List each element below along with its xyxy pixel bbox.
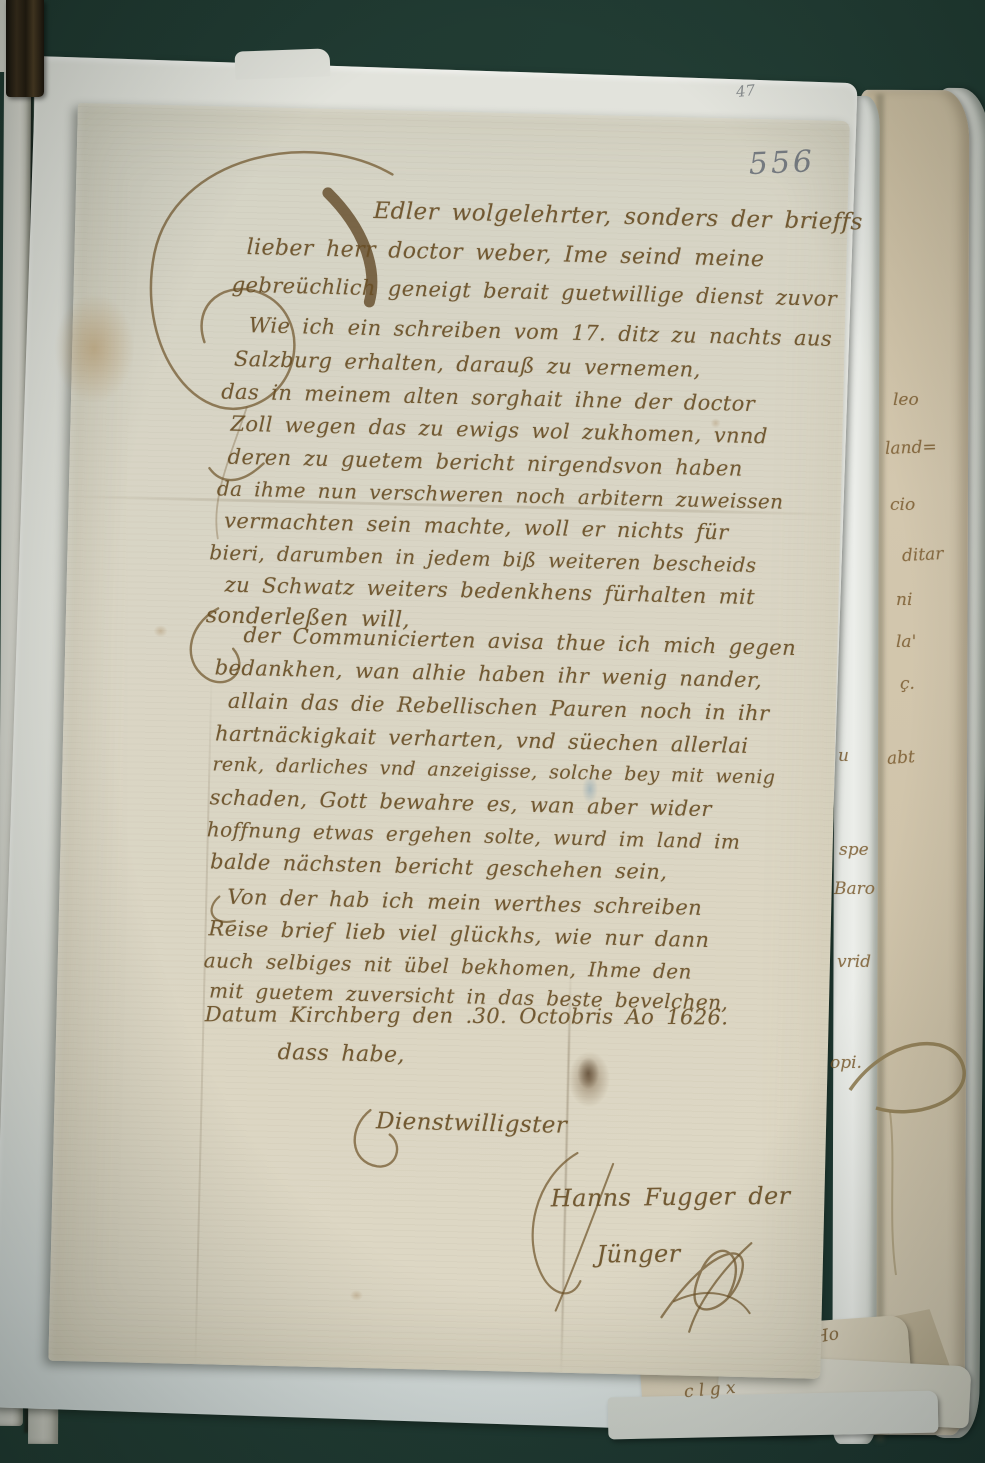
handwriting-line: allain das die Rebellischen Pauren noch …: [228, 689, 770, 726]
handwriting-line: hartnäckigkait verharten, vnd süechen al…: [215, 721, 749, 758]
handwriting-line: hoffnung etwas ergehen solte, wurd im la…: [207, 817, 741, 854]
letter-page: 556 Edler wolgelehrter, sonders der brie…: [48, 103, 849, 1379]
handwriting-line: das in meinem alten sorghait ihne der do…: [221, 379, 755, 416]
handwriting-line: bieri, darumben in jedem biß weiteren be…: [209, 540, 757, 577]
handwriting-line: Wie ich ein schreiben vom 17. ditz zu na…: [249, 313, 833, 351]
binding-spine: [6, 0, 44, 97]
handwriting-line: der Communicierten avisa thue ich mich g…: [243, 623, 796, 660]
signature-line: Jünger: [596, 1240, 680, 1269]
handwriting-line: renk, darliches vnd anzeigisse, solche b…: [212, 753, 775, 788]
handwriting-line: vermachten sein machte, woll er nichts f…: [224, 509, 729, 545]
handwriting-line: auch selbiges nit übel bekhomen, Ihme de…: [204, 948, 693, 983]
handwriting-line: lieber herr doctor weber, Ime seind mein…: [246, 235, 764, 272]
handwriting-line: Reise brief lieb viel glückhs, wie nur d…: [208, 916, 709, 952]
handwriting-line: zu Schwatz weiters bedenkhens fürhalten …: [224, 573, 755, 609]
handwriting-line: schaden, Gott bewahre es, wan aber wider: [209, 785, 712, 821]
handwriting-line: da ihme nun verschweren noch arbitern zu…: [217, 476, 784, 513]
handwriting-line: deren zu guetem bericht nirgendsvon habe…: [227, 445, 743, 481]
postscript-line: dass habe,: [277, 1040, 405, 1068]
crumpled-page-edge: [608, 1391, 939, 1440]
handwriting-text-layer: Edler wolgelehrter, sonders der brieffsl…: [48, 103, 849, 1379]
salutation-line: Edler wolgelehrter, sonders der brieffs: [373, 198, 863, 236]
archive-photo: leoland=cioditarnila'ç.abtuspeBarovridop…: [0, 0, 985, 1463]
under-page-corner-bump: [235, 48, 331, 79]
right-page-edge-stack: leoland=cioditarnila'ç.abtuspeBarovridop…: [830, 80, 985, 1450]
dateline: Datum Kirchberg den .30. Octobris Ao 162…: [205, 1002, 729, 1029]
pencil-foliation-fragment: 47: [735, 81, 756, 101]
signature-line: Hanns Fugger der: [551, 1182, 791, 1213]
handwriting-line: gebreüchlich geneigt berait guetwillige …: [231, 273, 837, 311]
handwriting-line: balde nächsten bericht geschehen sein,: [210, 849, 668, 884]
handwriting-line: Zoll wegen das zu ewigs wol zukhomen, vn…: [230, 412, 768, 449]
handwriting-line: Salzburg erhalten, darauß zu vernemen,: [234, 347, 701, 382]
handwriting-line: bedankhen, wan alhie haben ihr wenig nan…: [214, 655, 762, 692]
handwriting-line: Von der hab ich mein werthes schreiben: [227, 885, 702, 920]
binding-twine: [830, 80, 985, 1450]
closing-line: Dienstwilligster: [376, 1108, 568, 1138]
